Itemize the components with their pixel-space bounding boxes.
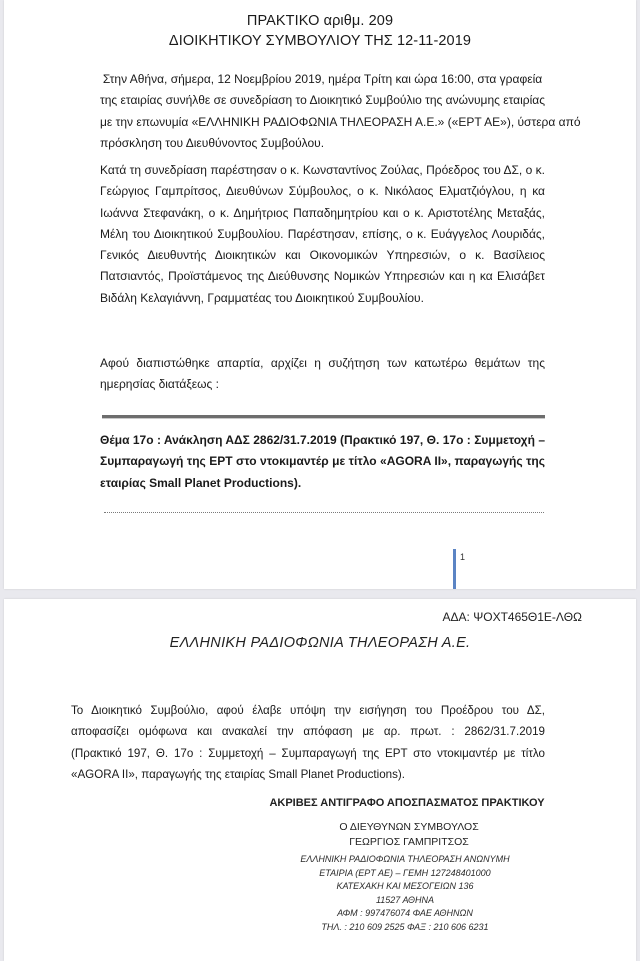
certified-copy-heading: ΑΚΡΙΒΕΣ ΑΝΤΙΓΡΑΦΟ ΑΠΟΣΠΑΣΜΑΤΟΣ ΠΡΑΚΤΙΚΟΥ xyxy=(262,797,552,809)
text-line: Θέμα 17ο : Ανάκληση ΑΔΣ 2862/31.7.2019 (… xyxy=(100,430,545,451)
text-line: Στην Αθήνα, σήμερα, 12 Νοεμβρίου 2019, η… xyxy=(100,69,545,90)
minutes-subtitle: ΔΙΟΙΚΗΤΙΚΟΥ ΣΥΜΒΟΥΛΙΟΥ ΤΗΣ 12-11-2019 xyxy=(4,33,636,49)
text-line: Γενικός Διευθυντής Διοικητικών και Οικον… xyxy=(100,245,545,266)
dotted-separator xyxy=(104,512,544,513)
quorum-paragraph: Αφού διαπιστώθηκε απαρτία, αρχίζει η συζ… xyxy=(100,353,545,396)
text-line: Ιωάννα Στεφανάκη, ο κ. Δημήτριος Παπαδημ… xyxy=(100,203,545,224)
section-divider xyxy=(102,415,545,419)
stamp-line: 11527 ΑΘΗΝΑ xyxy=(280,894,530,908)
stamp-line: ΕΤΑΙΡΙΑ (ΕΡΤ ΑΕ) – ΓΕΜΗ 127248401000 xyxy=(280,867,530,881)
text-line: Γεώργιος Γαμπρίτσος, Διευθύνων Σύμβουλος… xyxy=(100,181,545,202)
text-line: Κατά τη συνεδρίαση παρέστησαν ο κ. Κωνστ… xyxy=(100,160,545,181)
text-line: Βιδάλη Κελαγιάννη, Γραμματέας του Διοικη… xyxy=(100,288,545,309)
document-page-1: ΠΡΑΚΤΙΚΟ αριθμ. 209 ΔΙΟΙΚΗΤΙΚΟΥ ΣΥΜΒΟΥΛΙ… xyxy=(4,0,636,589)
text-line: με την επωνυμία «ΕΛΛΗΝΙΚΗ ΡΑΔΙΟΦΩΝΙΑ ΤΗΛ… xyxy=(100,112,545,133)
ada-code: ΑΔΑ: ΨΟΧΤ465Θ1Ε-ΛΘΩ xyxy=(443,610,582,624)
intro-paragraph: Στην Αθήνα, σήμερα, 12 Νοεμβρίου 2019, η… xyxy=(100,69,545,154)
text-line: Πατσιαντός, Προϊστάμενος της Διεύθυνσης … xyxy=(100,266,545,287)
attendees-paragraph: Κατά τη συνεδρίαση παρέστησαν ο κ. Κωνστ… xyxy=(100,160,545,309)
signatory-role: Ο ΔΙΕΥΘΥΝΩΝ ΣΥΜΒΟΥΛΟΣ xyxy=(304,821,514,833)
organization-title: ΕΛΛΗΝΙΚΗ ΡΑΔΙΟΦΩΝΙΑ ΤΗΛΕΟΡΑΣΗ Α.Ε. xyxy=(4,635,636,651)
text-line: ημερησίας διατάξεως : xyxy=(100,374,545,395)
text-line: της εταιρίας συνήλθε σε συνεδρίαση το Δι… xyxy=(100,90,545,111)
text-line: Το Διοικητικό Συμβούλιο, αφού έλαβε υπόψ… xyxy=(71,700,545,721)
signatory-name: ΓΕΩΡΓΙΟΣ ΓΑΜΠΡΙΤΣΟΣ xyxy=(304,836,514,848)
stamp-line: ΤΗΛ. : 210 609 2525 ΦΑΞ : 210 606 6231 xyxy=(280,921,530,935)
text-line: «AGORA II», παραγωγής της εταιρίας Small… xyxy=(71,764,545,785)
text-line: εταιρίας Small Planet Productions). xyxy=(100,473,545,494)
minutes-title: ΠΡΑΚΤΙΚΟ αριθμ. 209 xyxy=(4,13,636,29)
text-line: Μέλη του Διοικητικού Συμβουλίου. Παρέστη… xyxy=(100,224,545,245)
stamp-line: ΑΦΜ : 997476074 ΦΑΕ ΑΘΗΝΩΝ xyxy=(280,907,530,921)
text-line: Συμπαραγωγή της ΕΡΤ στο ντοκιμαντέρ με τ… xyxy=(100,451,545,472)
page-number: 1 xyxy=(460,552,465,562)
page-break-marker xyxy=(453,549,456,589)
text-line: πρόσκληση του Διευθύνοντος Συμβούλου. xyxy=(100,133,545,154)
text-line: αποφασίζει ομόφωνα και ανακαλεί την απόφ… xyxy=(71,721,545,742)
company-stamp: ΕΛΛΗΝΙΚΗ ΡΑΔΙΟΦΩΝΙΑ ΤΗΛΕΟΡΑΣΗ ΑΝΩΝΥΜΗ ΕΤ… xyxy=(280,853,530,935)
stamp-line: ΕΛΛΗΝΙΚΗ ΡΑΔΙΟΦΩΝΙΑ ΤΗΛΕΟΡΑΣΗ ΑΝΩΝΥΜΗ xyxy=(280,853,530,867)
text-line: Αφού διαπιστώθηκε απαρτία, αρχίζει η συζ… xyxy=(100,353,545,374)
stamp-line: ΚΑΤΕΧΑΚΗ ΚΑΙ ΜΕΣΟΓΕΙΩΝ 136 xyxy=(280,880,530,894)
text-line: (Πρακτικό 197, Θ. 17ο : Συμμετοχή – Συμπ… xyxy=(71,743,545,764)
decision-paragraph: Το Διοικητικό Συμβούλιο, αφού έλαβε υπόψ… xyxy=(71,700,545,785)
agenda-subject: Θέμα 17ο : Ανάκληση ΑΔΣ 2862/31.7.2019 (… xyxy=(100,430,545,494)
document-page-2: ΑΔΑ: ΨΟΧΤ465Θ1Ε-ΛΘΩ ΕΛΛΗΝΙΚΗ ΡΑΔΙΟΦΩΝΙΑ … xyxy=(4,599,636,961)
